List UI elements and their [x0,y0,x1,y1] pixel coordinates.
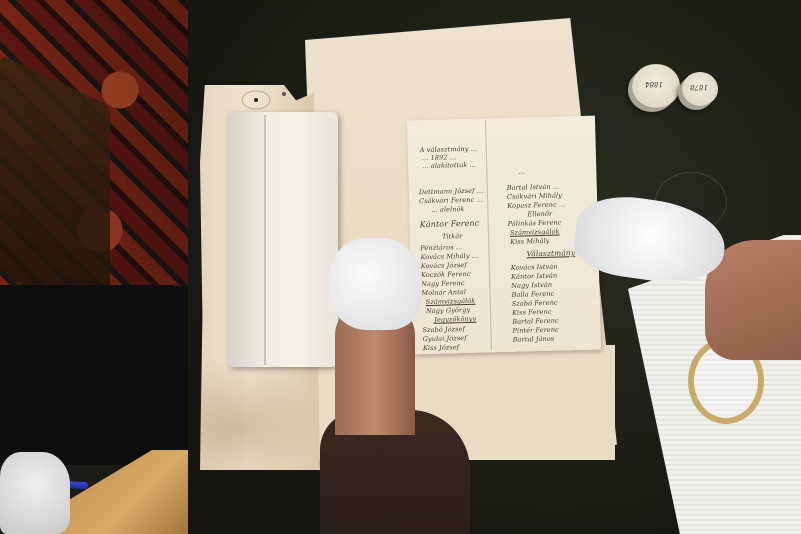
name-entry: Számvizsgálók [426,297,476,306]
name-entry: Jegyzőkönyv [434,315,476,324]
letter-heading: ... [518,167,525,175]
name-entry: Kiss Mihály [510,237,550,246]
name-entry: Pálinkás Ferenc [508,218,562,227]
handwritten-letter: A választmány ... ... 1892 ... ... alakí… [407,116,601,355]
name-entry: ... alelnök [431,205,464,214]
name-entry: Dettmann József ... [419,187,484,197]
name-entry: Nagy György [426,306,470,315]
white-glove-bottom-left [0,452,70,534]
name-entry: Csákvári Mihály [507,191,562,200]
archive-jar: 1884 [632,64,680,108]
jar-label: 1878 [690,83,708,91]
rolled-paper-edge [264,115,266,365]
name-entry: Kovács Mihály ... [420,252,478,262]
archive-jar: 1878 [682,72,718,106]
name-entry: Kovács József [421,261,467,270]
name-entry: Pénztáros ... [420,243,462,252]
name-entry: Bartal János [513,335,555,344]
name-entry: Ellenőr [527,210,552,219]
name-entry: Kántor István [511,272,557,281]
name-entry: Csákvári Ferenc ... [419,196,483,206]
name-entry: Titkár [442,232,463,241]
name-entry: Szabó Ferenc [512,299,558,308]
name-entry: Kovács István [511,263,558,272]
name-entry: Balla Ferenc [511,290,554,299]
name-entry: Molnár Antal [421,288,466,297]
name-entry: Szabó József [422,325,465,334]
name-entry: Koczók Ferenc [421,270,471,279]
seated-person-dark-clothing [0,285,200,465]
name-entry: Nagy István [511,281,552,290]
name-entry: Választmány [526,248,575,258]
letter-heading: ... alakítottak ... [422,161,476,170]
name-entry: Kiss Ferenc [512,308,552,317]
name-entry: Kántor Ferenc [420,219,480,230]
name-entry: Bartal István ... [507,183,560,192]
name-entry: Kopasz Ferenc ... [507,200,565,210]
name-entry: Nagy Ferenc [421,279,465,288]
name-entry: Pintér Ferenc [512,326,559,335]
rolled-paper [228,112,338,367]
jar-label: 1884 [645,80,663,88]
name-entry: Gyulai József [423,334,467,343]
name-entry: Számvizsgálók [510,228,560,237]
name-entry: Bartal Ferenc [512,317,559,326]
aged-document-stain [200,360,320,470]
name-entry: Kiss József [423,343,460,352]
white-glove-left [330,238,422,330]
